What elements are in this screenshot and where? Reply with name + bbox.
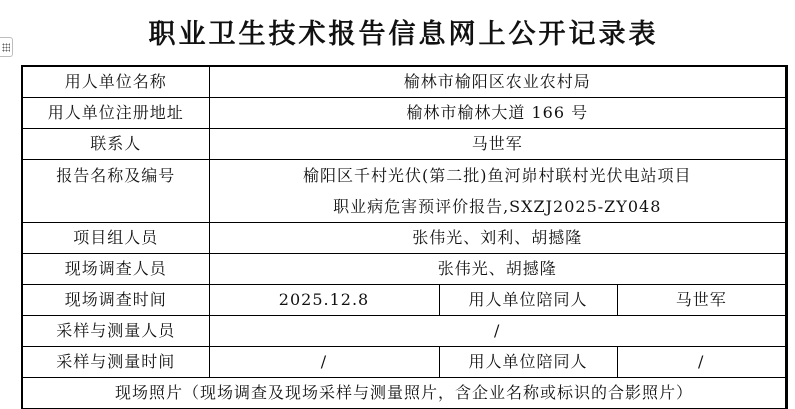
- table-row: 采样与测量人员 /: [22, 316, 787, 347]
- table-row: 现场调查人员 张伟光、胡撼隆: [22, 254, 787, 285]
- page-title: 职业卫生技术报告信息网上公开记录表: [0, 18, 795, 52]
- table-row: 用人单位名称 榆林市榆阳区农业农村局: [22, 66, 787, 98]
- table-row: 采样与测量时间 / 用人单位陪同人 /: [22, 347, 787, 378]
- table-row: 报告名称及编号 榆阳区千村光伏(第二批)鱼河峁村联村光伏电站项目 职业病危害预评…: [22, 160, 787, 223]
- table-row: 联系人 马世军: [22, 129, 787, 160]
- survey-time-value: 2025.12.8: [209, 285, 439, 316]
- table-row: 现场调查时间 2025.12.8 用人单位陪同人 马世军: [22, 285, 787, 316]
- contact-label: 联系人: [22, 129, 209, 160]
- project-team-value: 张伟光、刘利、胡撼隆: [209, 223, 787, 254]
- record-table: 用人单位名称 榆林市榆阳区农业农村局 用人单位注册地址 榆林市榆林大道 166 …: [21, 65, 788, 409]
- survey-companion-label: 用人单位陪同人: [439, 285, 617, 316]
- report-name-line: 榆阳区千村光伏(第二批)鱼河峁村联村光伏电站项目: [210, 160, 786, 191]
- sampling-time-value: /: [209, 347, 439, 378]
- table-row: 现场照片（现场调查及现场采样与测量照片，含企业名称或标识的合影照片）: [22, 378, 787, 409]
- contact-value: 马世军: [209, 129, 787, 160]
- project-team-label: 项目组人员: [22, 223, 209, 254]
- sampling-staff-value: /: [209, 316, 787, 347]
- table-row: 项目组人员 张伟光、刘利、胡撼隆: [22, 223, 787, 254]
- report-value: 榆阳区千村光伏(第二批)鱼河峁村联村光伏电站项目 职业病危害预评价报告,SXZJ…: [209, 160, 787, 223]
- survey-staff-value: 张伟光、胡撼隆: [209, 254, 787, 285]
- employer-address-value: 榆林市榆林大道 166 号: [209, 98, 787, 129]
- sampling-companion-label: 用人单位陪同人: [439, 347, 617, 378]
- sampling-companion-value: /: [617, 347, 787, 378]
- employer-address-label: 用人单位注册地址: [22, 98, 209, 129]
- report-label: 报告名称及编号: [22, 160, 209, 223]
- sampling-staff-label: 采样与测量人员: [22, 316, 209, 347]
- table-row: 用人单位注册地址 榆林市榆林大道 166 号: [22, 98, 787, 129]
- sampling-time-label: 采样与测量时间: [22, 347, 209, 378]
- survey-time-label: 现场调查时间: [22, 285, 209, 316]
- employer-name-value: 榆林市榆阳区农业农村局: [209, 66, 787, 98]
- report-number-line: 职业病危害预评价报告,SXZJ2025-ZY048: [210, 191, 786, 222]
- employer-name-label: 用人单位名称: [22, 66, 209, 98]
- survey-companion-value: 马世军: [617, 285, 787, 316]
- site-photos-header: 现场照片（现场调查及现场采样与测量照片，含企业名称或标识的合影照片）: [22, 378, 787, 409]
- survey-staff-label: 现场调查人员: [22, 254, 209, 285]
